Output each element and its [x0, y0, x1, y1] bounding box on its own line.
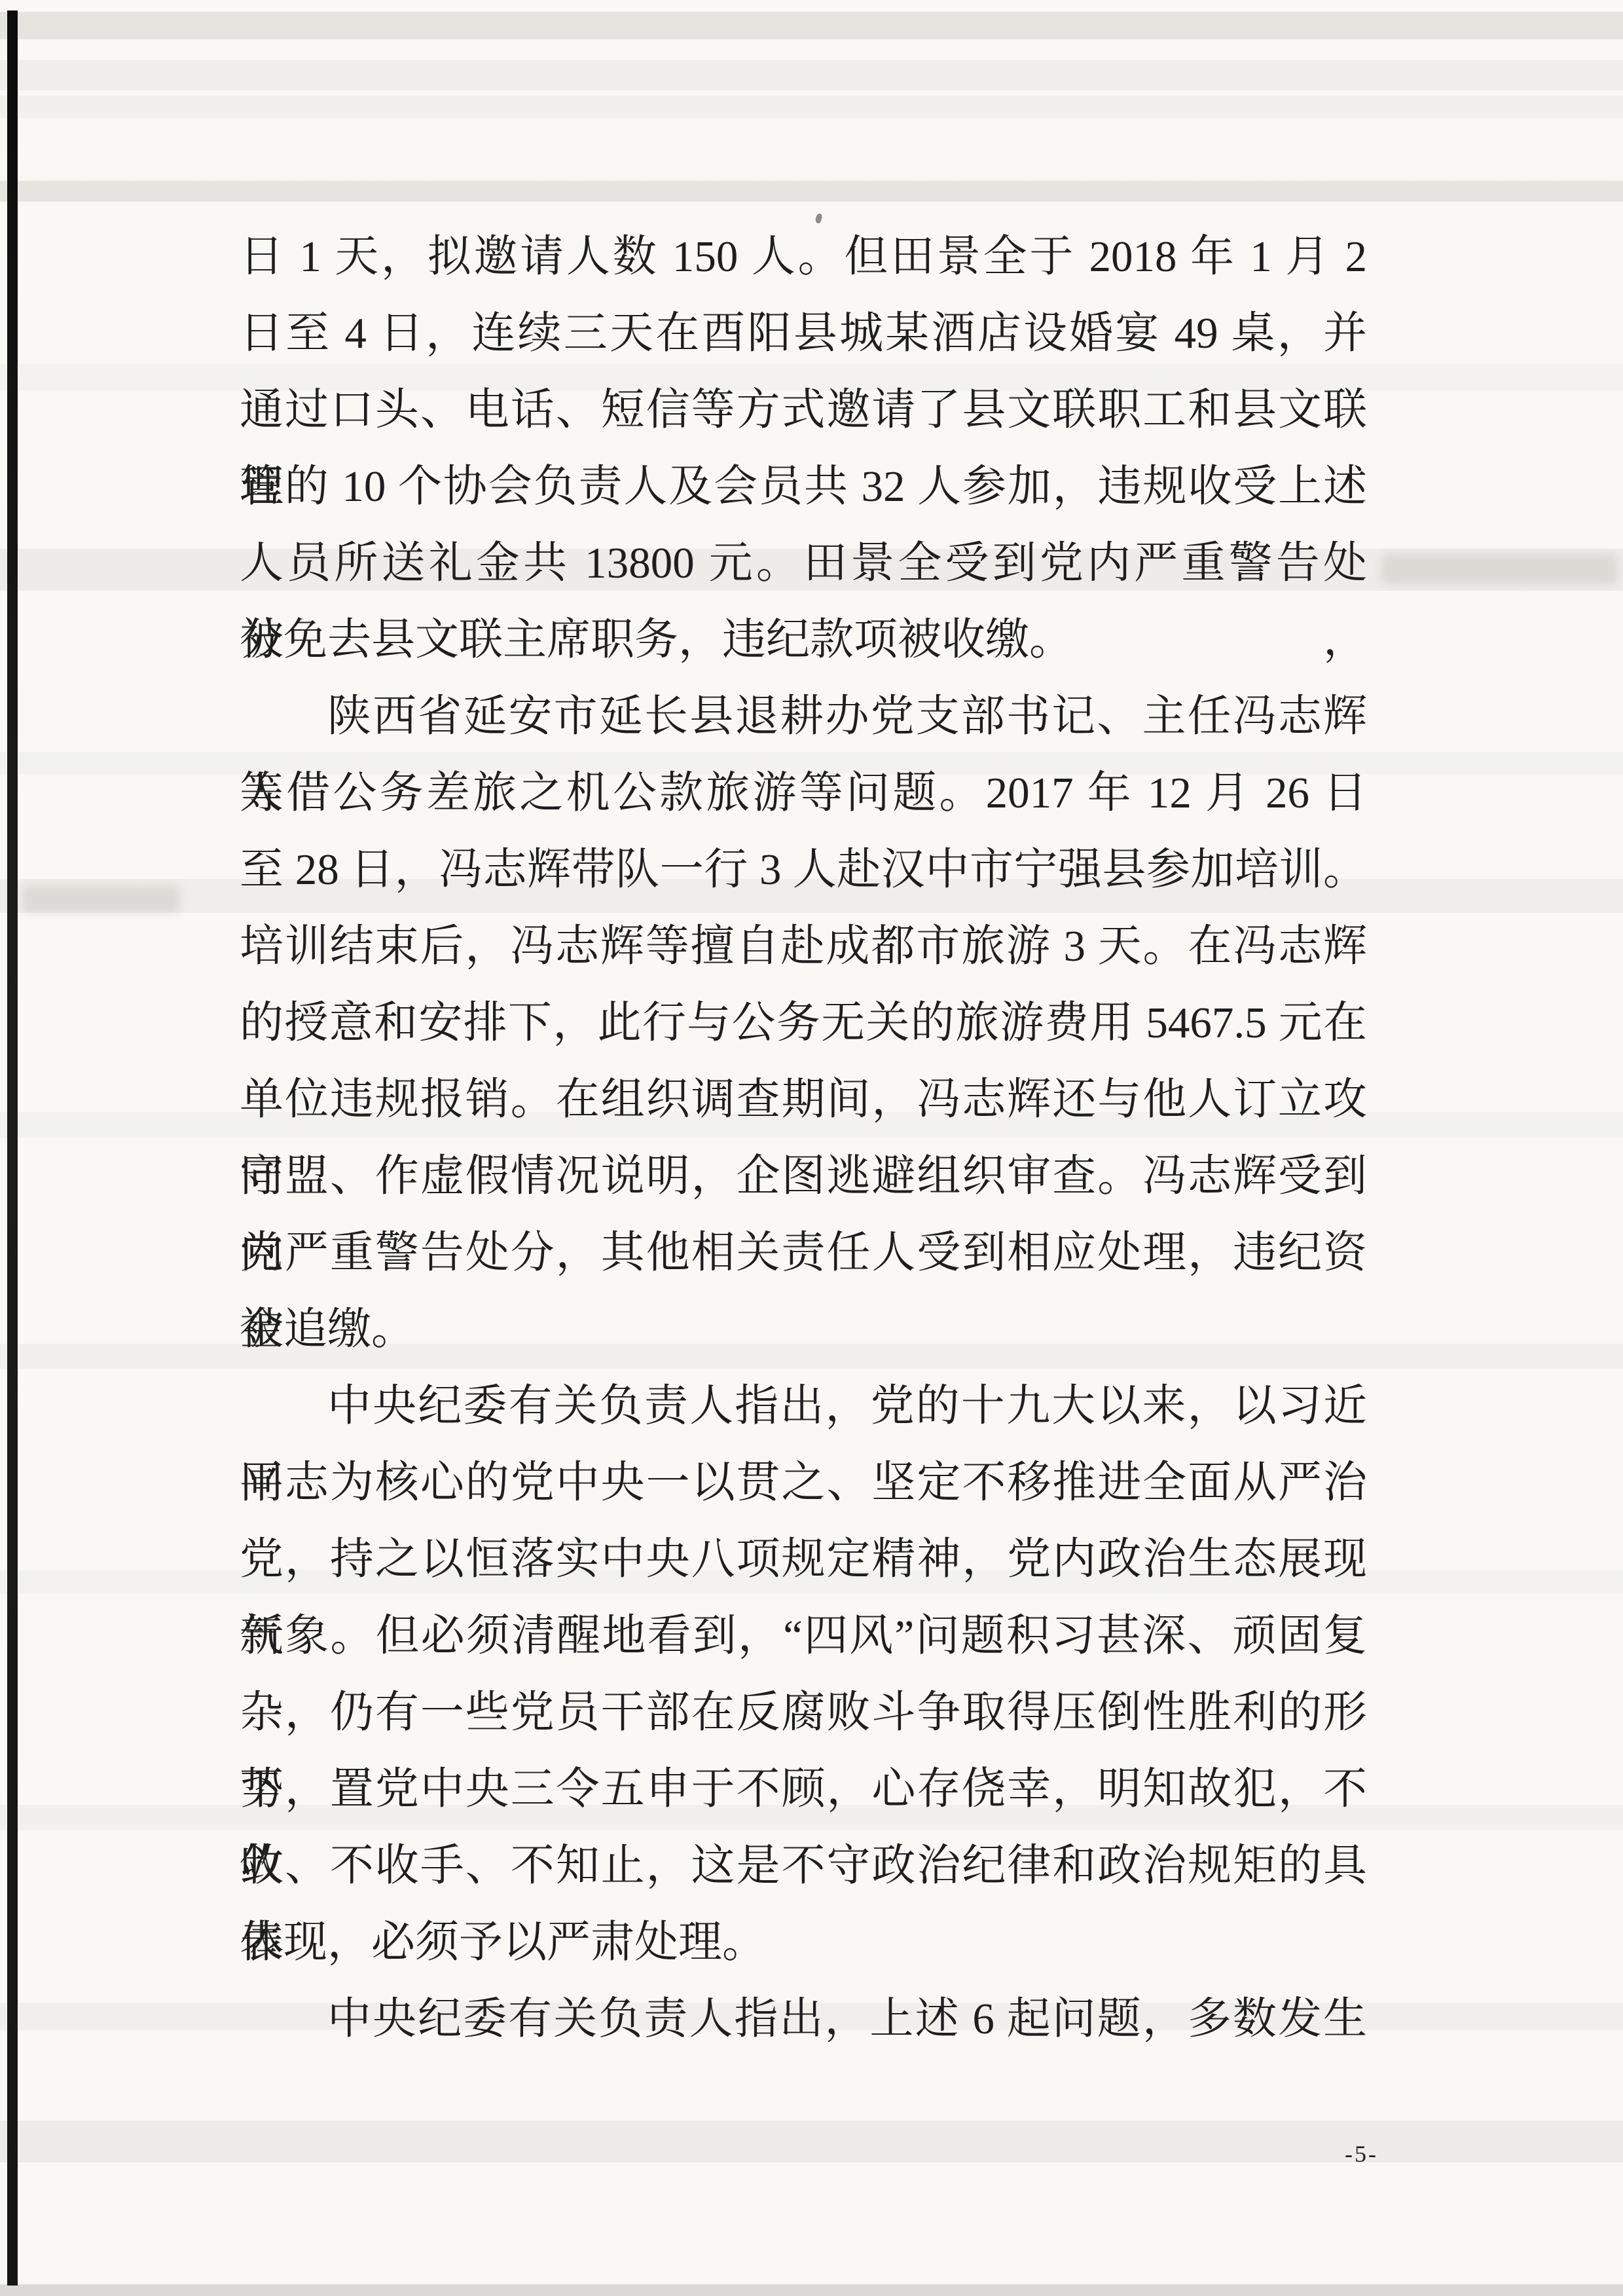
- document-body-text: 日 1 天，拟邀请人数 150 人。但田景全于 2018 年 1 月 2日至 4…: [240, 219, 1367, 2058]
- text-line: 同志为核心的党中央一以贯之、坚定不移推进全面从严治: [240, 1445, 1367, 1521]
- text-line: 的授意和安排下，此行与公务无关的旅游费用 5467.5 元在: [240, 985, 1367, 1062]
- text-line: 陕西省延安市延长县退耕办党支部书记、主任冯志辉等: [240, 678, 1367, 755]
- page-number: -5-: [1345, 2140, 1378, 2168]
- text-line: 党，持之以恒落实中央八项规定精神，党内政治生态展现新: [240, 1521, 1367, 1598]
- scan-smudge: [1381, 554, 1617, 584]
- text-line: 内严重警告处分，其他相关责任人受到相应处理，违纪资金: [240, 1215, 1367, 1291]
- text-line: 中央纪委有关负责人指出，党的十九大以来，以习近平: [240, 1368, 1367, 1445]
- text-line: 日至 4 日，连续三天在酉阳县城某酒店设婚宴 49 桌，并: [240, 295, 1367, 372]
- text-line: 培训结束后，冯志辉等擅自赴成都市旅游 3 天。在冯志辉: [240, 908, 1367, 985]
- text-line: 表现，必须予以严肃处理。: [240, 1904, 1367, 1981]
- text-line: 被追缴。: [240, 1291, 1367, 1368]
- text-line: 下，置党中央三令五申于不顾，心存侥幸，明知故犯，不收: [240, 1751, 1367, 1828]
- text-line: 通过口头、电话、短信等方式邀请了县文联职工和县文联管: [240, 372, 1367, 449]
- document-page: 日 1 天，拟邀请人数 150 人。但田景全于 2018 年 1 月 2日至 4…: [0, 0, 1623, 2296]
- text-line: 日 1 天，拟邀请人数 150 人。但田景全于 2018 年 1 月 2: [240, 219, 1367, 295]
- text-line: 杂，仍有一些党员干部在反腐败斗争取得压倒性胜利的形势: [240, 1675, 1367, 1751]
- text-line: 气象。但必须清醒地看到，“四风”问题积习甚深、顽固复: [240, 1598, 1367, 1675]
- text-line: 中央纪委有关负责人指出，上述 6 起问题，多数发生: [240, 1981, 1367, 2058]
- text-line: 人借公务差旅之机公款旅游等问题。2017 年 12 月 26 日: [240, 755, 1367, 832]
- scan-spine-bar: [7, 10, 18, 2286]
- text-line: 同盟、作虚假情况说明，企图逃避组织审查。冯志辉受到党: [240, 1138, 1367, 1215]
- scan-smudge: [22, 885, 179, 913]
- text-line: 至 28 日，冯志辉带队一行 3 人赴汉中市宁强县参加培训。: [240, 832, 1367, 908]
- text-line: 理的 10 个协会负责人及会员共 32 人参加，违规收受上述: [240, 449, 1367, 525]
- text-line: 单位违规报销。在组织调查期间，冯志辉还与他人订立攻守: [240, 1062, 1367, 1138]
- text-line: 人员所送礼金共 13800 元。田景全受到党内严重警告处分，: [240, 525, 1367, 602]
- text-line: 敛、不收手、不知止，这是不守政治纪律和政治规矩的具体: [240, 1828, 1367, 1904]
